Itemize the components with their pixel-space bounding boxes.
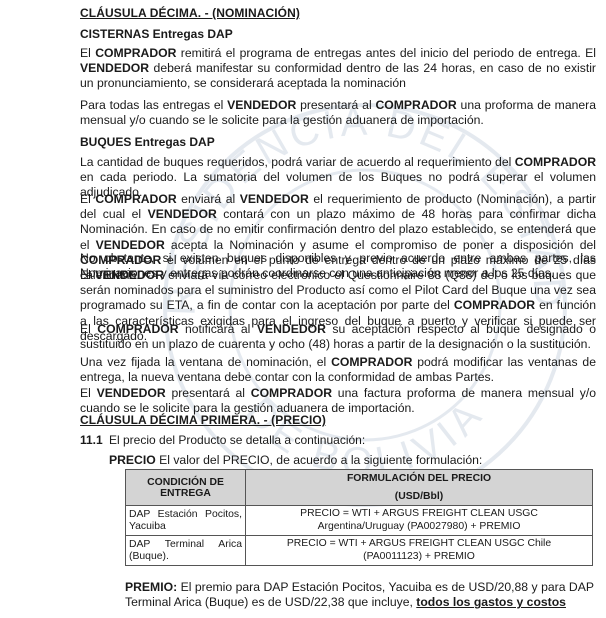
party-name: VENDEDOR (97, 386, 166, 400)
premio-paragraph: PREMIO: El premio para DAP Estación Poci… (125, 580, 594, 610)
party-name: VENDEDOR (96, 238, 165, 252)
header-condition: CONDICIÓN DE ENTREGA (126, 470, 246, 506)
buques-heading: BUQUES Entregas DAP (80, 135, 215, 149)
party-name: VENDEDOR (227, 98, 296, 112)
paragraph: El COMPRADOR notificará al VENDEDOR su a… (80, 322, 596, 352)
precio-label: PRECIO (109, 453, 156, 467)
paragraph: Una vez fijada la ventana de nominación,… (80, 355, 596, 385)
party-name: VENDEDOR (80, 61, 149, 75)
party-name: COMPRADOR (95, 46, 176, 60)
cell-condition: DAP Terminal Arica(Buque). (126, 536, 246, 566)
precio-line: PRECIO El valor del PRECIO, de acuerdo a… (109, 453, 482, 467)
cell-formula: PRECIO = WTI + ARGUS FREIGHT CLEAN USGC … (246, 536, 593, 566)
clause-11-title: CLÁUSULA DÉCIMA PRIMERA. - (PRECIO) (80, 413, 326, 427)
table-row: DAP Estación Pocitos,Yacuiba PRECIO = WT… (126, 506, 593, 536)
party-name: COMPRADOR (454, 298, 535, 312)
premio-label: PREMIO: (125, 580, 177, 594)
header-formula: FORMULACIÓN DEL PRECIO (USD/Bbl) (246, 470, 593, 506)
precio-text: El valor del PRECIO, de acuerdo a la sig… (156, 453, 483, 467)
party-name: COMPRADOR (515, 155, 596, 169)
party-name: COMPRADOR (95, 192, 176, 206)
item-text: El precio del Producto se detalla a cont… (109, 433, 365, 447)
item-number: 11.1 (80, 433, 103, 447)
premio-underlined: todos los gastos y costos (416, 595, 566, 609)
party-name: COMPRADOR (375, 98, 456, 112)
clause-10-title: CLÁUSULA DÉCIMA. - (NOMINACIÓN) (80, 6, 300, 20)
party-name: VENDEDOR (148, 207, 217, 221)
cell-formula: PRECIO = WTI + ARGUS FREIGHT CLEAN USGCA… (246, 506, 593, 536)
cisternas-heading: CISTERNAS Entregas DAP (80, 27, 233, 41)
header-unit: (USD/Bbl) (249, 490, 589, 503)
paragraph: El COMPRADOR remitirá el programa de ent… (80, 46, 596, 92)
cell-condition: DAP Estación Pocitos,Yacuiba (126, 506, 246, 536)
table-row: DAP Terminal Arica(Buque). PRECIO = WTI … (126, 536, 593, 566)
party-name: VENDEDOR (257, 322, 326, 336)
party-name: VENDEDOR (95, 268, 164, 282)
party-name: COMPRADOR (97, 322, 178, 336)
party-name: VENDEDOR (240, 192, 309, 206)
paragraph: Para todas las entregas el VENDEDOR pres… (80, 98, 596, 128)
party-name: COMPRADOR (251, 386, 332, 400)
table-header-row: CONDICIÓN DE ENTREGA FORMULACIÓN DEL PRE… (126, 470, 593, 506)
party-name: COMPRADOR (331, 355, 412, 369)
price-table: CONDICIÓN DE ENTREGA FORMULACIÓN DEL PRE… (125, 469, 593, 566)
paragraph: El VENDEDOR presentará al COMPRADOR una … (80, 386, 596, 416)
